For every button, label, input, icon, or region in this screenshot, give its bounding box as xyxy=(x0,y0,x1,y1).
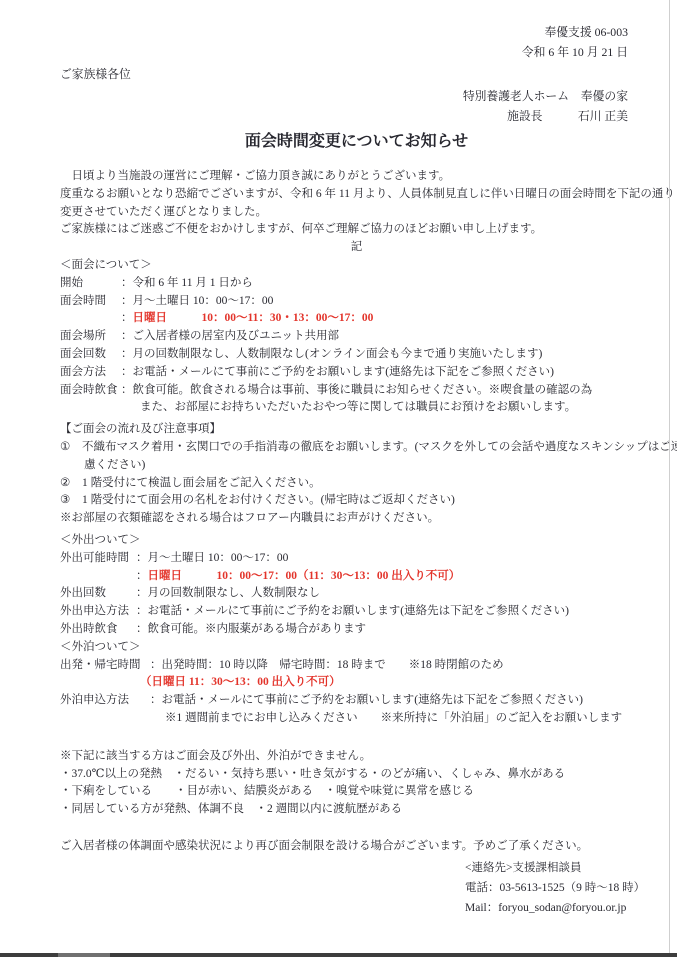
contact-heading: <連絡先>支援課相談員 xyxy=(465,858,653,878)
meeting-row-hours: 面会時間 ：月～土曜日 10：00～17：00 xyxy=(60,293,653,311)
recipient: ご家族様各位 xyxy=(60,64,653,84)
page-edge-divider xyxy=(669,0,670,953)
notes-item-1-text: 不織布マスク着用・玄関口での手指消毒の徹底をお願いします。(マスクを外しての会話… xyxy=(82,441,677,453)
row-label: 面会時間 xyxy=(60,293,121,311)
circled-number-3: ③ xyxy=(60,492,82,510)
row-value: ：出発時間：10 時以降 帰宅時間：18 時まで ※18 時閉館のため xyxy=(150,657,504,675)
notes-item-3: ③1 階受付にて面会用の名札をお付けください。(帰宅時はご返却ください) xyxy=(60,492,653,510)
meeting-section-heading: ＜面会について＞ xyxy=(60,257,653,275)
row-label: 面会場所 xyxy=(60,328,121,346)
restrictions-heading: ※下記に該当する方はご面会及び外出、外泊ができません。 xyxy=(60,748,653,766)
row-label: 外出時飲食 xyxy=(60,621,136,639)
row-label: 外出回数 xyxy=(60,585,136,603)
meeting-row-count: 面会回数 ：月の回数制限なし、人数制限なし(オンライン面会も今まで通り実施いたし… xyxy=(60,346,653,364)
row-value: ：月～土曜日 10：00～17：00 xyxy=(136,550,288,568)
notes-clothing: ※お部屋の衣類確認をされる場合はフロアー内職員にお声がけください。 xyxy=(60,510,653,528)
outing-row-count: 外出回数 ：月の回数制限なし、人数制限なし xyxy=(60,585,653,603)
row-label: 面会時飲食 xyxy=(60,382,121,400)
intro-paragraph: 日頃より当施設の運営にご理解・ご協力頂き誠にありがとうございます。 度重なるお願… xyxy=(60,168,653,239)
row-label xyxy=(60,568,136,586)
meeting-row-place: 面会場所 ：ご入居者様の居室内及びユニット共用部 xyxy=(60,328,653,346)
notes-item-1-wrap: 慮ください) xyxy=(60,457,653,475)
contact-phone: 電話：03-5613-1525（9 時～18 時） xyxy=(465,878,653,898)
row-value: ：月の回数制限なし、人数制限なし(オンライン面会も今まで通り実施いたします) xyxy=(121,346,542,364)
contact-mail: Mail：foryou_sodan@foryou.or.jp xyxy=(465,898,653,918)
intro-line-3: 変更させていただく運びとなりました。 xyxy=(60,204,653,222)
row-value: ：お電話・メールにて事前にご予約をお願いします(連絡先は下記をご参照ください) xyxy=(136,603,569,621)
meeting-row-food-continued: また、お部屋にお持ちいただいたおやつ等に関しては職員にお預けをお願いします。 xyxy=(60,399,653,417)
stay-section-heading: ＜外泊ついて＞ xyxy=(60,639,653,657)
meeting-row-food: 面会時飲食 ：飲食可能。飲食される場合は事前、事後に職員にお知らせください。※喫… xyxy=(60,382,653,400)
row-label: 開始 xyxy=(60,275,121,293)
row-value: ：お電話・メールにて事前にご予約をお願いします(連絡先は下記をご参照ください) xyxy=(150,692,583,710)
row-value: ：飲食可能。※内服薬がある場合があります xyxy=(136,621,366,639)
row-label: 面会方法 xyxy=(60,364,121,382)
restrictions-line-2: ・下痢をしている ・目が赤い、結膜炎がある ・嗅覚や味覚に異常を感じる xyxy=(60,783,653,801)
row-value: ：令和 6 年 11 月 1 日から xyxy=(121,275,253,293)
horizontal-scrollbar-track[interactable] xyxy=(0,953,677,957)
page-title: 面会時間変更についてお知らせ xyxy=(60,130,653,154)
stay-row-apply-note: ※1 週間前までにお申し込みください ※来所持に「外泊届」のご記入をお願いします xyxy=(60,710,653,728)
outing-row-apply: 外出申込方法 ：お電話・メールにて事前にご予約をお願いします(連絡先は下記をご参… xyxy=(60,603,653,621)
row-label: 外出申込方法 xyxy=(60,603,136,621)
meeting-row-sunday-hours: ： 日曜日 10：00～11：30・13：00～17：00 xyxy=(60,310,653,328)
row-value: ：ご入居者様の居室内及びユニット共用部 xyxy=(121,328,339,346)
outing-row-sunday-hours: ： 日曜日 10：00～17：00（11：30～13：00 出入り不可） xyxy=(60,568,653,586)
restrictions-block: ※下記に該当する方はご面会及び外出、外泊ができません。 ・37.0℃以上の発熱 … xyxy=(60,748,653,819)
row-label: 面会回数 xyxy=(60,346,121,364)
closing-statement: ご入居者様の体調面や感染状況により再び面会制限を設ける場合がございます。予めご了… xyxy=(60,838,653,856)
stay-row-times: 出発・帰宅時間 ：出発時間：10 時以降 帰宅時間：18 時まで ※18 時閉館… xyxy=(60,657,653,675)
stay-row-apply: 外泊申込方法 ：お電話・メールにて事前にご予約をお願いします(連絡先は下記をご参… xyxy=(60,692,653,710)
notes-heading: 【ご面会の流れ及び注意事項】 xyxy=(60,421,653,439)
intro-line-2: 度重なるお願いとなり恐縮でございますが、令和 6 年 11 月より、人員体制見直… xyxy=(60,186,653,204)
row-colon: ： xyxy=(121,310,133,328)
restrictions-line-1: ・37.0℃以上の発熱 ・だるい・気持ち悪い・吐き気がする・のどが痛い、くしゃみ… xyxy=(60,766,653,784)
notes-item-3-text: 1 階受付にて面会用の名札をお付けください。(帰宅時はご返却ください) xyxy=(82,494,455,506)
meeting-row-method: 面会方法 ：お電話・メールにて事前にご予約をお願いします(連絡先は下記をご参照く… xyxy=(60,364,653,382)
horizontal-scrollbar-thumb[interactable] xyxy=(58,953,110,957)
restrictions-line-3: ・同居している方が発熱、体調不良 ・2 週間以内に渡航歴がある xyxy=(60,801,653,819)
row-label: 出発・帰宅時間 xyxy=(60,657,150,675)
notes-item-2-text: 1 階受付にて検温し面会届をご記入ください。 xyxy=(82,477,321,489)
facility-name: 特別養護老人ホーム 奉優の家 xyxy=(60,86,653,106)
row-label xyxy=(60,310,121,328)
director-name: 施設長 石川 正美 xyxy=(60,106,653,126)
circled-number-2: ② xyxy=(60,475,82,493)
intro-line-4: ご家族様にはご迷惑ご不便をおかけしますが、何卒ご理解ご協力のほどお願い申し上げま… xyxy=(60,221,653,239)
meeting-row-start: 開始 ：令和 6 年 11 月 1 日から xyxy=(60,275,653,293)
row-value: ：月の回数制限なし、人数制限なし xyxy=(136,585,320,603)
row-value: ：月～土曜日 10：00～17：00 xyxy=(121,293,273,311)
row-value: ：お電話・メールにて事前にご予約をお願いします(連絡先は下記をご参照ください) xyxy=(121,364,554,382)
stay-row-sunday-restriction: （日曜日 11：30～13：00 出入り不可） xyxy=(60,674,653,692)
row-value-red: 日曜日 10：00～17：00（11：30～13：00 出入り不可） xyxy=(148,568,461,586)
row-value: ：飲食可能。飲食される場合は事前、事後に職員にお知らせください。※喫食量の確認の… xyxy=(121,382,592,400)
notes-item-2: ②1 階受付にて検温し面会届をご記入ください。 xyxy=(60,475,653,493)
row-colon: ： xyxy=(136,568,148,586)
notes-item-1: ①不織布マスク着用・玄関口での手指消毒の徹底をお願いします。(マスクを外しての会… xyxy=(60,439,653,457)
issue-date: 令和 6 年 10 月 21 日 xyxy=(60,42,653,62)
row-label: 外出可能時間 xyxy=(60,550,136,568)
intro-line-1: 日頃より当施設の運営にご理解・ご協力頂き誠にありがとうございます。 xyxy=(60,168,653,186)
outing-section-heading: ＜外出ついて＞ xyxy=(60,532,653,550)
doc-number: 奉優支援 06-003 xyxy=(60,22,653,42)
ki-marker: 記 xyxy=(60,239,653,257)
circled-number-1: ① xyxy=(60,439,82,457)
contact-block: <連絡先>支援課相談員 電話：03-5613-1525（9 時～18 時） Ma… xyxy=(465,858,653,918)
row-value-red: 日曜日 10：00～11：30・13：00～17：00 xyxy=(133,310,374,328)
row-label: 外泊申込方法 xyxy=(60,692,150,710)
notice-document: 奉優支援 06-003 令和 6 年 10 月 21 日 ご家族様各位 特別養護… xyxy=(0,0,677,957)
outing-row-hours: 外出可能時間 ：月～土曜日 10：00～17：00 xyxy=(60,550,653,568)
outing-row-food: 外出時飲食 ：飲食可能。※内服薬がある場合があります xyxy=(60,621,653,639)
